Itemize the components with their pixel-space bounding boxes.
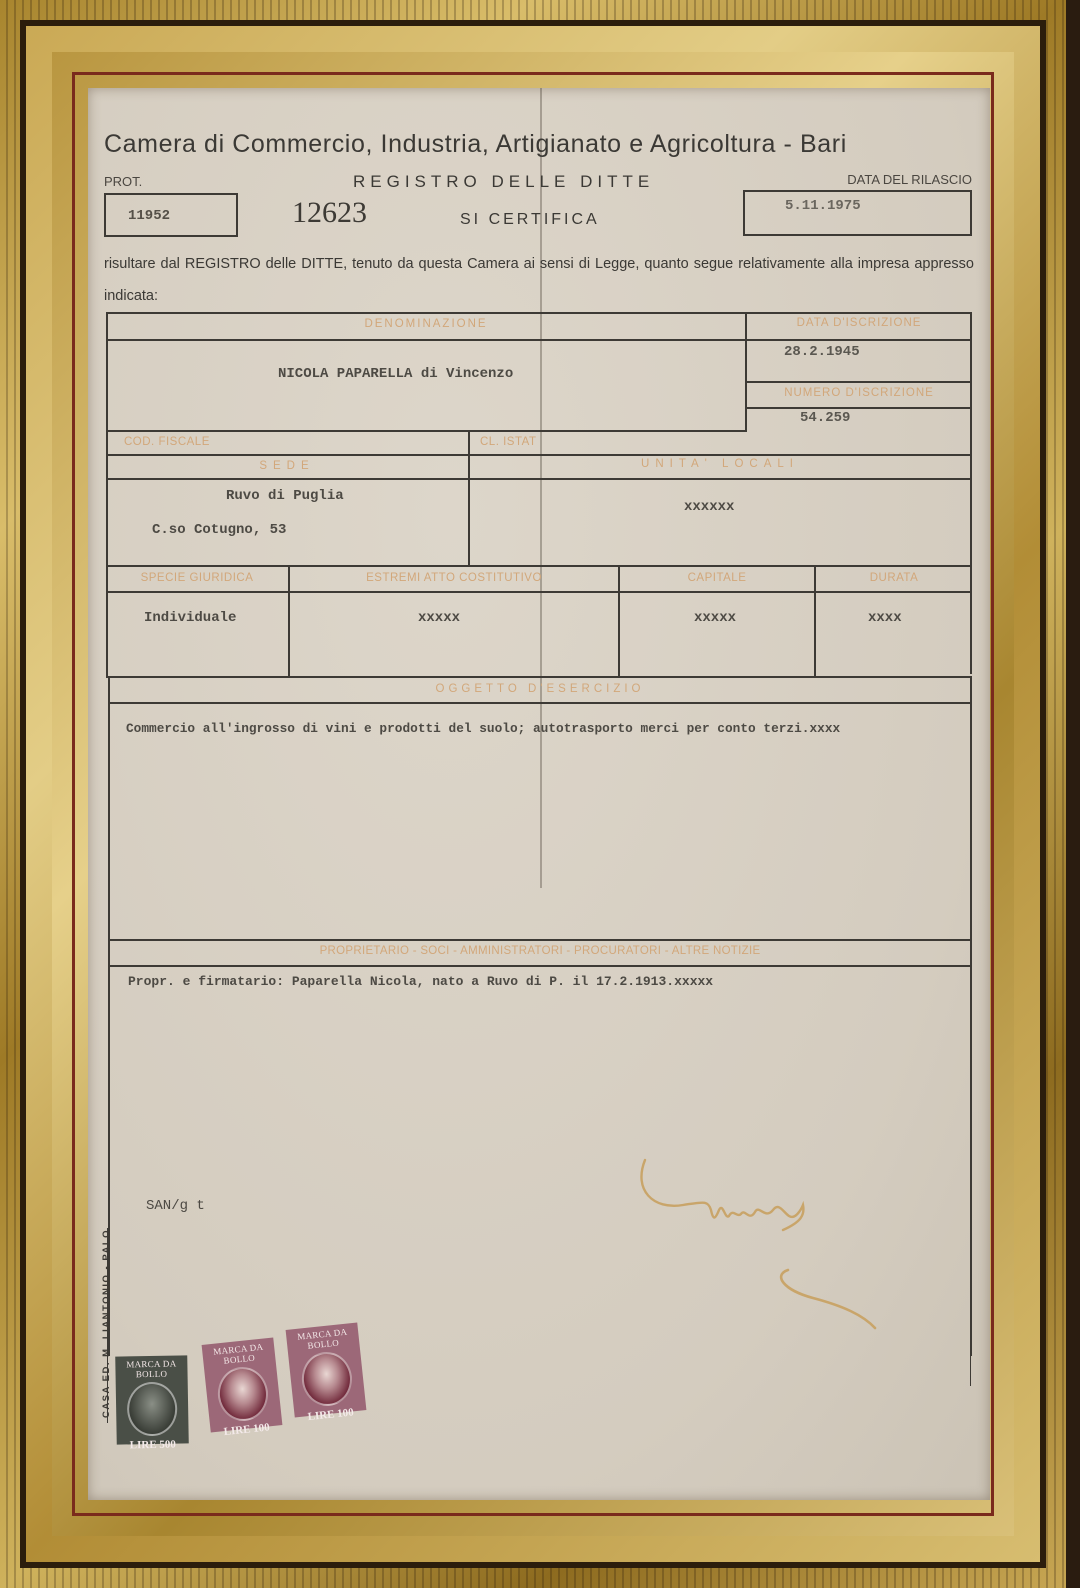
durata-label: DURATA	[816, 572, 972, 584]
sede-city: Ruvo di Puglia	[226, 488, 344, 504]
rule	[106, 430, 747, 432]
denominazione-label: DENOMINAZIONE	[106, 318, 746, 330]
rule	[106, 565, 972, 567]
rule	[970, 1356, 971, 1386]
rule	[106, 478, 972, 480]
numero-iscrizione-label: NUMERO D'ISCRIZIONE	[747, 387, 971, 399]
prot-box	[104, 193, 238, 237]
rule	[468, 430, 470, 566]
estremi-label: ESTREMI ATTO COSTITUTIVO	[290, 572, 618, 584]
estremi-value: xxxxx	[418, 610, 460, 626]
stamp-value: LIRE 100	[297, 1405, 364, 1424]
stamp-title: MARCA DA BOLLO	[118, 1358, 184, 1379]
data-rilascio-value: 5.11.1975	[785, 198, 861, 214]
stamp-value: LIRE 100	[213, 1420, 280, 1439]
printer-imprint: CASA ED. M. LIANTONIO - PALO	[92, 1228, 106, 1418]
stamp-title: MARCA DA BOLLO	[205, 1341, 273, 1368]
revenue-stamp-100-a: MARCA DA BOLLO LIRE 100	[202, 1337, 283, 1432]
printer-imprint-text: CASA ED. M. LIANTONIO - PALO	[101, 1229, 112, 1418]
prot-number: 11952	[128, 208, 170, 224]
cl-istat-label: CL. ISTAT	[480, 436, 536, 448]
table-border-right	[970, 312, 972, 674]
specie-giuridica-label: SPECIE GIURIDICA	[106, 572, 288, 584]
certificate-document: Camera di Commercio, Industria, Artigian…	[88, 88, 990, 1500]
intro-text: risultare dal REGISTRO delle DITTE, tenu…	[104, 248, 974, 312]
cod-fiscale-label: COD. FISCALE	[124, 436, 210, 448]
rule	[106, 339, 972, 341]
sede-address: C.so Cotugno, 53	[152, 522, 286, 538]
proprietario-label: PROPRIETARIO - SOCI - AMMINISTRATORI - P…	[108, 945, 972, 957]
paper-fold-line	[540, 88, 542, 888]
rule	[108, 676, 972, 678]
typist-initials: SAN/g t	[146, 1198, 205, 1214]
revenue-stamp-100-b: MARCA DA BOLLO LIRE 100	[286, 1322, 367, 1417]
rule	[745, 312, 747, 430]
rule	[106, 591, 972, 593]
specie-giuridica-value: Individuale	[144, 610, 236, 626]
rule	[106, 312, 972, 314]
rule	[106, 454, 972, 456]
oggetto-value: Commercio all'ingrosso di vini e prodott…	[126, 721, 840, 736]
sede-label: SEDE	[106, 460, 468, 472]
proprietario-value: Propr. e firmatario: Paparella Nicola, n…	[128, 974, 713, 989]
data-rilascio-label: DATA DEL RILASCIO	[847, 172, 972, 187]
durata-value: xxxx	[868, 610, 902, 626]
oggetto-label: OGGETTO D'ESERCIZIO	[108, 683, 972, 695]
data-iscrizione-label: DATA D'ISCRIZIONE	[747, 317, 971, 329]
capitale-value: xxxxx	[694, 610, 736, 626]
rule	[108, 939, 972, 941]
revenue-stamp-500: MARCA DA BOLLO LIRE 500	[115, 1355, 189, 1444]
unita-locali-label: UNITA' LOCALI	[470, 458, 970, 470]
signature-icon	[633, 1150, 893, 1350]
capitale-label: CAPITALE	[620, 572, 814, 584]
registro-heading: REGISTRO DELLE DITTE	[353, 172, 654, 192]
certificate-number: 12623	[292, 196, 367, 230]
stamp-portrait-icon	[299, 1349, 354, 1408]
numero-iscrizione-value: 54.259	[800, 410, 850, 426]
table-border-left	[106, 312, 108, 678]
unita-locali-value: xxxxxx	[684, 499, 734, 515]
rule	[108, 702, 972, 704]
rule	[745, 407, 972, 409]
stamp-value: LIRE 500	[120, 1438, 186, 1451]
rule	[745, 381, 972, 383]
si-certifica: SI CERTIFICA	[460, 211, 600, 229]
data-iscrizione-value: 28.2.1945	[784, 344, 860, 360]
rule	[108, 965, 972, 967]
denominazione-value: NICOLA PAPARELLA di Vincenzo	[278, 366, 513, 382]
stamp-portrait-icon	[127, 1382, 178, 1437]
stamp-portrait-icon	[215, 1364, 270, 1423]
prot-label: PROT.	[104, 174, 142, 189]
table-border-right-lower	[970, 676, 972, 1356]
chamber-title: Camera di Commercio, Industria, Artigian…	[104, 130, 847, 159]
stamp-title: MARCA DA BOLLO	[289, 1326, 357, 1353]
